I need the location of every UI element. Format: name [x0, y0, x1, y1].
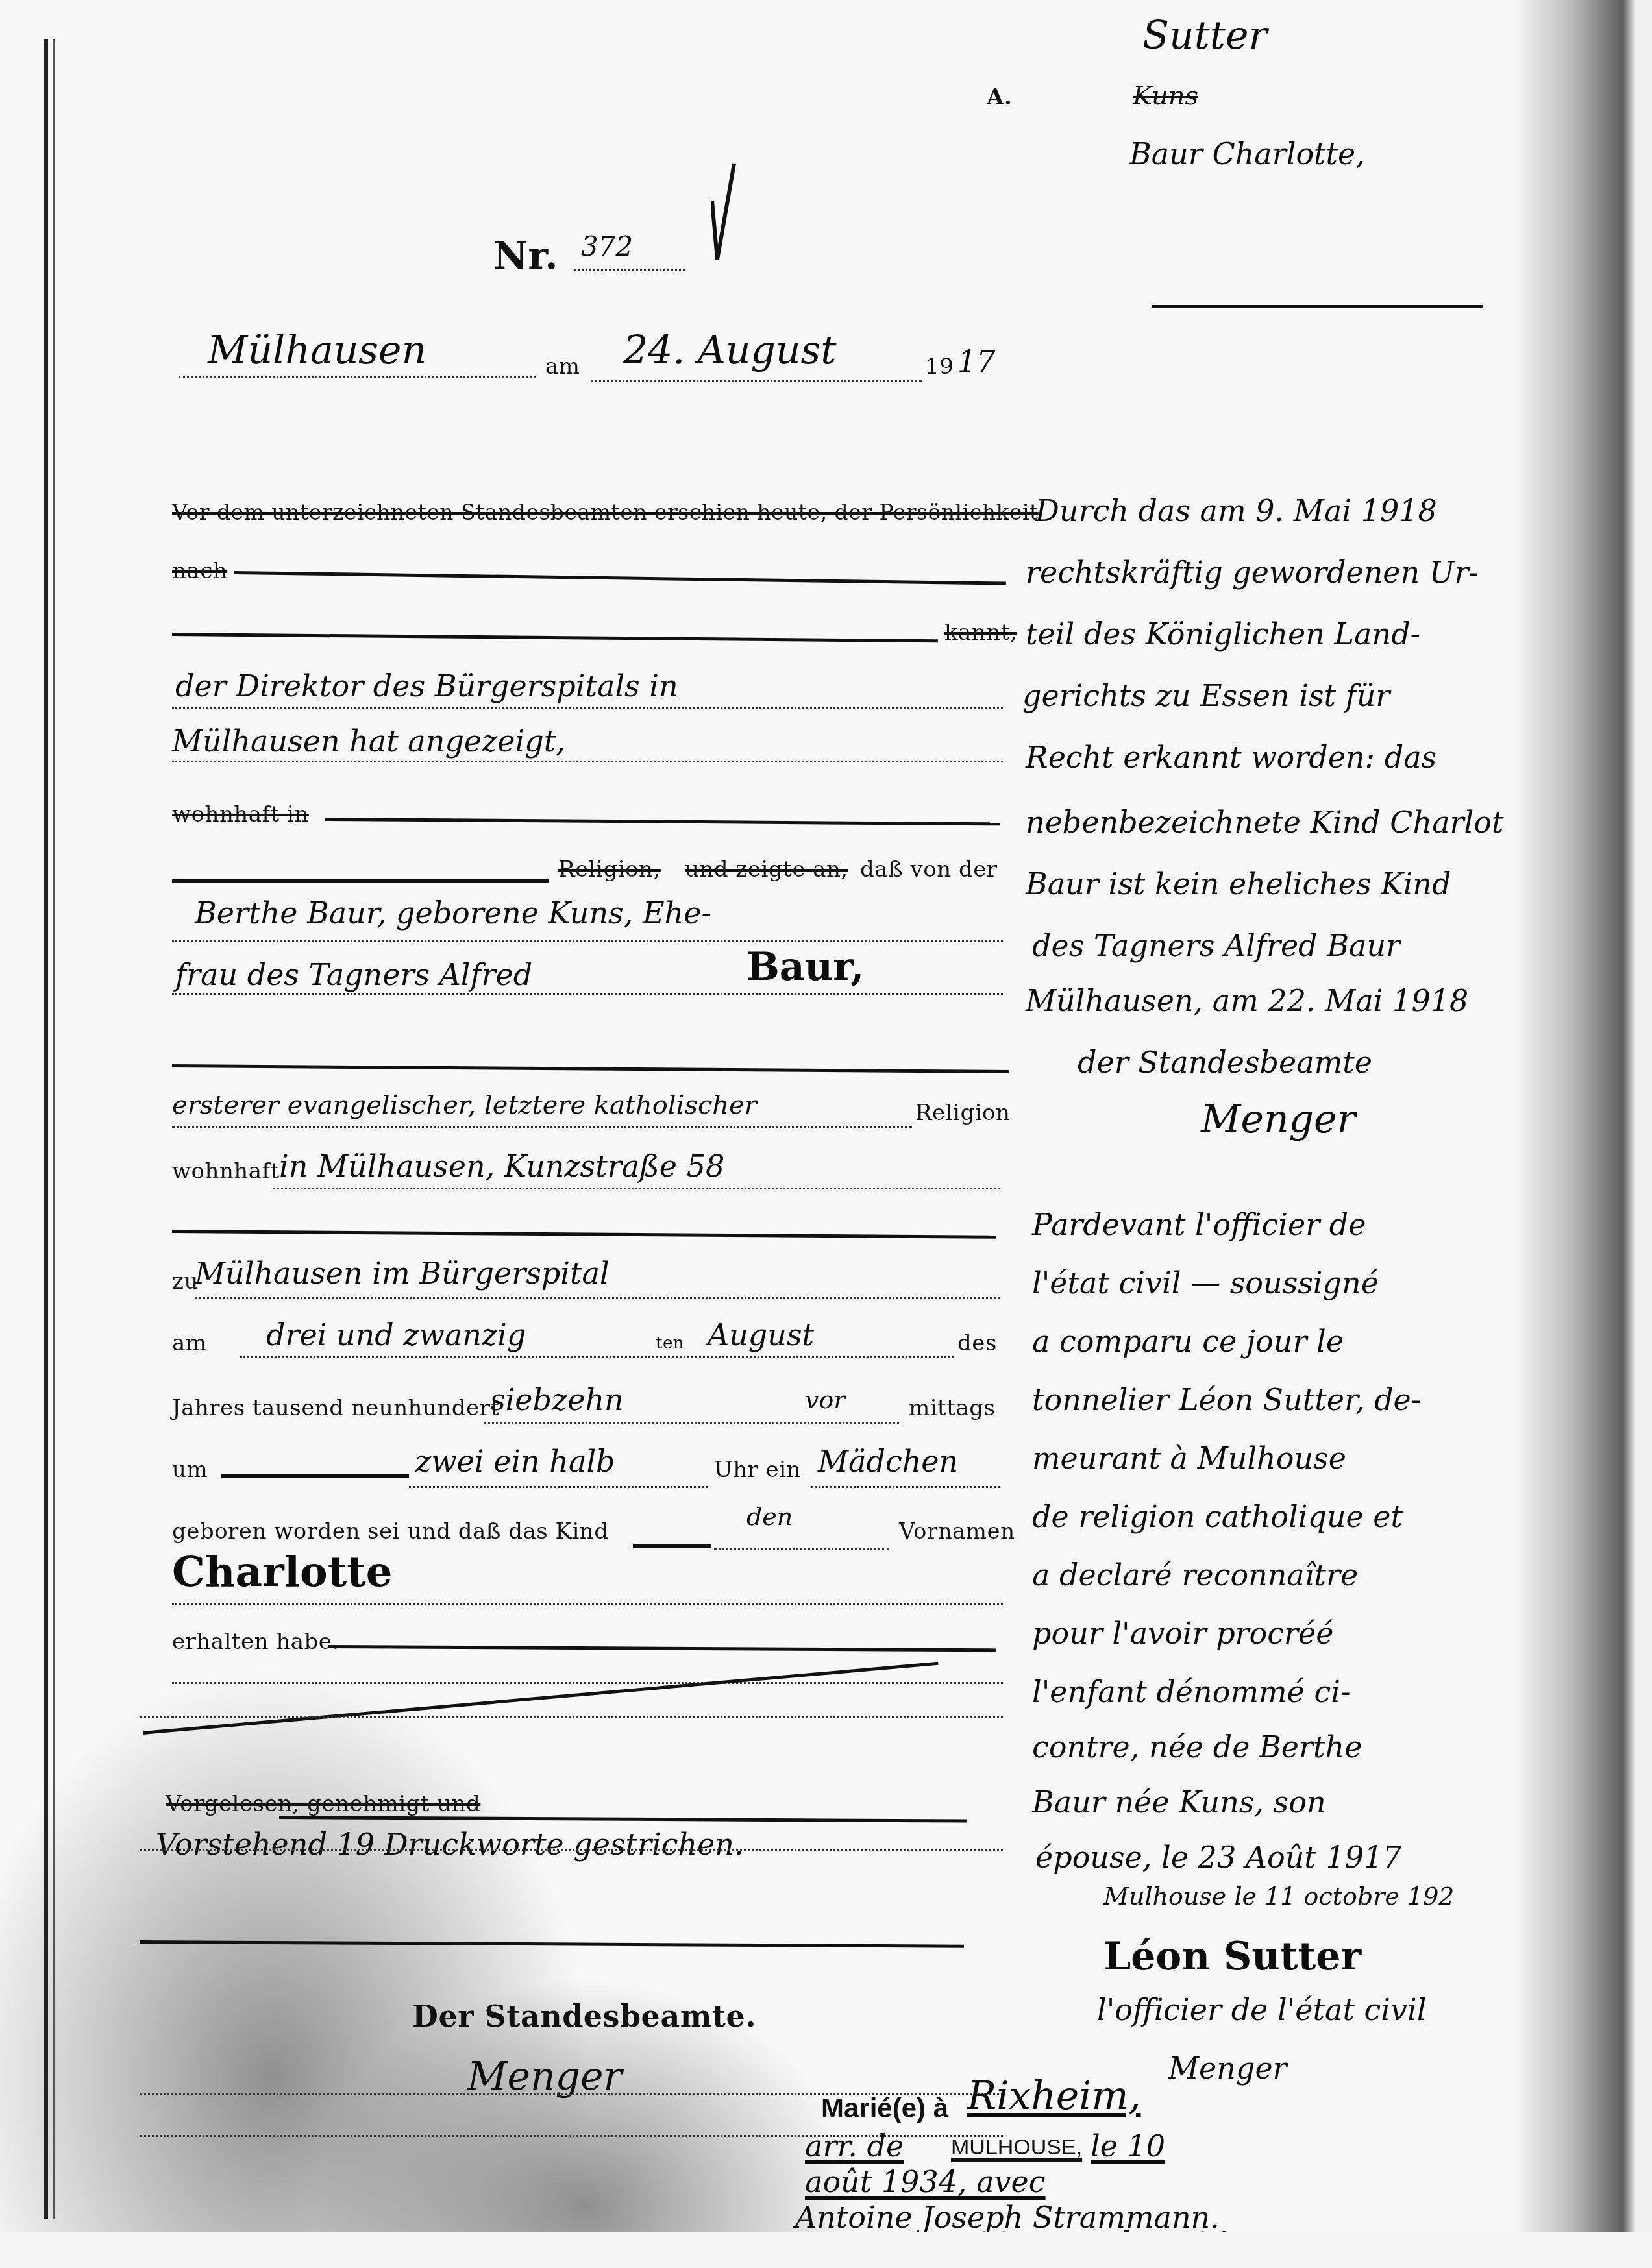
- birth-day: drei und zwanzig: [266, 1317, 526, 1352]
- annotation-fr-line: a comparu ce jour le: [1032, 1324, 1344, 1359]
- closing-line: [140, 1940, 964, 1948]
- annotation-fr-line: l'état civil — soussigné: [1032, 1265, 1379, 1300]
- annotation-fr-line: pour l'avoir procréé: [1032, 1616, 1334, 1651]
- registration-date: 24. August: [623, 328, 836, 373]
- vorgelesen-struck: Vorgelesen, genehmigt und: [166, 1791, 480, 1817]
- address-rule: [273, 1188, 1000, 1189]
- annotation-fr-line: contre, née de Berthe: [1032, 1729, 1362, 1764]
- father-line-rule: [172, 993, 1003, 995]
- um-line: [221, 1474, 409, 1478]
- margin-name-sutter: Sutter: [1142, 13, 1267, 58]
- annotation-de-line: Durch das am 9. Mai 1918: [1035, 493, 1437, 528]
- cancellation-stroke: [143, 1662, 939, 1735]
- am-label-2: am: [172, 1330, 207, 1356]
- child-given-name: Charlotte: [172, 1548, 393, 1596]
- signature-heading: Der Standesbeamte.: [412, 1999, 756, 2034]
- annotation-fr-line: Pardevant l'officier de: [1032, 1207, 1366, 1242]
- dass-von-der: daß von der: [860, 857, 998, 883]
- birth-time: zwei ein halb: [415, 1444, 615, 1479]
- erhalten-line: [328, 1645, 996, 1652]
- vor-mittags: vor: [805, 1385, 846, 1414]
- margin-name-baur-charlotte: Baur Charlotte,: [1129, 136, 1365, 171]
- annotation-fr-line: Baur née Kuns, son: [1032, 1785, 1326, 1820]
- nach-line: [234, 571, 1006, 585]
- deletion-note-rule: [140, 1849, 1003, 1851]
- informant-line-2: Mülhausen hat angezeigt,: [172, 724, 565, 759]
- annotation-de-signature: Menger: [1201, 1097, 1355, 1142]
- religion-label: Religion: [915, 1100, 1010, 1126]
- vorgelesen-line: [279, 1816, 967, 1823]
- blank-line-1: [172, 1064, 1009, 1073]
- den-hand: den: [746, 1502, 793, 1531]
- religion-struck: Religion,: [558, 857, 661, 883]
- wohnhaft-label: wohnhaft: [172, 1158, 280, 1184]
- wohnhaft-line: [325, 818, 1000, 825]
- marriage-day: le 10: [1091, 2128, 1165, 2164]
- mittags-label: mittags: [909, 1395, 995, 1421]
- annotation-de-line: Recht erkannt worden: das: [1026, 740, 1436, 775]
- wohnhaft-struck: wohnhaft in: [172, 801, 309, 827]
- annotation-de-line: gerichts zu Essen ist für: [1022, 678, 1390, 713]
- margin-divider: [1152, 305, 1483, 308]
- informant-line-1-rule: [172, 707, 1003, 709]
- margin-name-kuns: Kuns: [1133, 81, 1198, 111]
- blank-dotted-3: [140, 1716, 1003, 1718]
- kannt-line: [172, 633, 938, 642]
- annotation-fr-officer-signature: Menger: [1168, 2051, 1287, 2086]
- registration-place: Mülhausen: [208, 328, 426, 373]
- um-label: um: [172, 1457, 208, 1483]
- annotation-fr-line: l'enfant dénommé ci-: [1032, 1674, 1350, 1709]
- blank-dotted-1: [172, 1682, 1003, 1684]
- annotation-de-line: Mülhausen, am 22. Mai 1918: [1026, 983, 1468, 1018]
- annotation-fr-place-date: Mulhouse le 11 octobre 192: [1103, 1882, 1454, 1910]
- annotation-de-line: teil des Königlichen Land-: [1026, 616, 1420, 652]
- kind-line: [633, 1544, 711, 1548]
- child-sex-rule: [811, 1486, 1000, 1488]
- entry-number: 372: [581, 230, 633, 262]
- arr-printed: MULHOUSE,: [951, 2135, 1082, 2160]
- entry-number-label: Nr.: [493, 234, 558, 278]
- den-rule: [714, 1548, 889, 1550]
- mother-line: Berthe Baur, geborene Kuns, Ehe-: [195, 896, 711, 931]
- geboren-label: geboren worden sei und daß das Kind: [172, 1518, 609, 1544]
- child-name-rule: [172, 1603, 1003, 1605]
- address: in Mülhausen, Kunzstraße 58: [279, 1149, 724, 1184]
- marie-label: Marié(e) à: [821, 2093, 948, 2124]
- annotation-de-line: der Standesbeamte: [1078, 1045, 1372, 1080]
- checkmark-icon: [711, 162, 737, 266]
- birth-place: Mülhausen im Bürgerspital: [195, 1256, 610, 1291]
- annotation-fr-line: meurant à Mulhouse: [1032, 1441, 1346, 1476]
- birth-time-rule: [409, 1486, 708, 1488]
- annotation-de-line: nebenbezeichnete Kind Charlot: [1026, 805, 1503, 840]
- mother-line-rule: [172, 940, 1003, 942]
- scan-bottom-edge: [0, 2232, 1652, 2268]
- birth-day-rule: [240, 1356, 954, 1358]
- father-surname: Baur,: [746, 944, 864, 990]
- blank-line-2: [172, 1230, 996, 1239]
- informant-line-1: der Direktor des Bürgerspitals in: [175, 668, 678, 703]
- annotation-de-line: Baur ist kein eheliches Kind: [1026, 866, 1451, 901]
- annotation-de-line: des Tagners Alfred Baur: [1032, 928, 1400, 963]
- religion-hand: ersterer evangelischer, letztere katholi…: [172, 1090, 757, 1120]
- ten-label: ten: [656, 1334, 684, 1353]
- religion-hand-rule: [172, 1126, 912, 1128]
- form-letter: A.: [987, 84, 1012, 110]
- marriage-month-year: août 1934, avec: [805, 2164, 1046, 2199]
- place-line: [179, 376, 536, 378]
- des-label: des: [957, 1330, 997, 1356]
- uhr-ein-label: Uhr ein: [714, 1457, 801, 1483]
- jahres-label: Jahres tausend neunhundert: [172, 1395, 500, 1421]
- annotation-fr-line: a declaré reconnaître: [1032, 1557, 1358, 1592]
- birth-place-rule: [195, 1297, 1000, 1299]
- erhalten-label: erhalten habe.: [172, 1629, 339, 1655]
- birth-month: August: [708, 1317, 814, 1352]
- am-label: am: [545, 354, 580, 380]
- birth-year-rule: [484, 1422, 899, 1424]
- annotation-fr-line: de religion catholique et: [1032, 1499, 1403, 1534]
- preamble-struck: Vor dem unterzeichneten Standesbeamten e…: [172, 500, 1039, 525]
- year-handwritten: 17: [957, 344, 996, 379]
- document-page: A. Sutter Kuns Baur Charlotte, Nr. 372 M…: [0, 0, 1652, 2268]
- year-printed: 19: [925, 354, 954, 380]
- annotation-fr-signature: Léon Sutter: [1103, 1934, 1361, 1979]
- arr-de: arr. de: [805, 2128, 904, 2164]
- zeigte-struck: und zeigte an,: [685, 857, 848, 883]
- annotation-de-line: rechtskräftig gewordenen Ur-: [1026, 555, 1479, 590]
- father-line: frau des Tagners Alfred: [175, 957, 532, 992]
- religion-line: [172, 879, 549, 883]
- binding-rule: [44, 39, 48, 2219]
- kannt-struck: kannt,: [944, 620, 1017, 646]
- nach-struck: nach: [172, 558, 227, 584]
- vornamen-label: Vornamen: [899, 1518, 1015, 1544]
- annotation-fr-officer: l'officier de l'état civil: [1097, 1992, 1426, 2027]
- annotation-fr-line: tonnelier Léon Sutter, de-: [1032, 1382, 1421, 1417]
- marriage-place: Rixheim,: [967, 2073, 1141, 2119]
- binding-rule-thin: [53, 39, 55, 2219]
- entry-number-line: [574, 269, 685, 271]
- deletion-note: Vorstehend 19 Druckworte gestrichen.: [156, 1827, 744, 1862]
- annotation-fr-line: épouse, le 23 Août 1917: [1035, 1840, 1402, 1875]
- date-line: [591, 380, 922, 382]
- child-sex: Mädchen: [818, 1444, 958, 1479]
- birth-year-words: siebzehn: [490, 1382, 624, 1417]
- informant-line-2-rule: [172, 761, 1003, 762]
